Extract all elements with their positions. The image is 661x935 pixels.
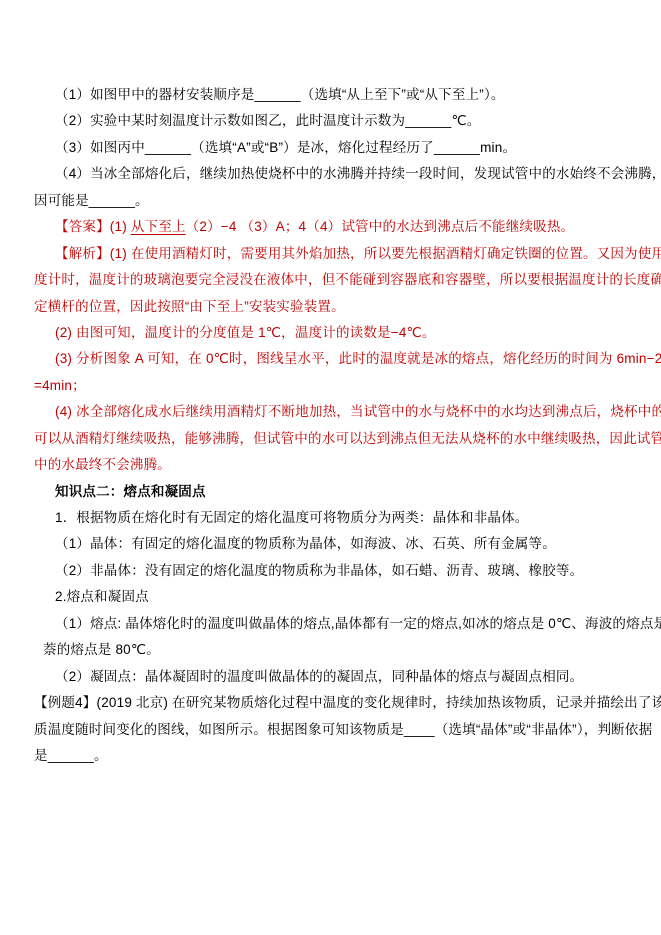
question-item-3: （3）如图丙中______（选填“A”或“B”）是冰，熔化过程经历了______…: [34, 135, 634, 161]
question-item-4-line-2: 因可能是______。: [34, 188, 634, 214]
analysis-line-4: (2) 由图可知，温度计的分度值是 1℃，温度计的读数是−4℃。: [34, 320, 634, 346]
analysis-line-5: (3) 分析图象 A 可知，在 0℃时，图线呈水平，此时的温度就是冰的熔点，熔化…: [34, 346, 634, 372]
answer-text-pre: 【答案】(1): [55, 219, 131, 234]
knowledge-item-2: 2.熔点和凝固点: [34, 584, 634, 610]
knowledge-item-1: 1．根据物质在熔化时有无固定的熔化温度可将物质分为两类：晶体和非晶体。: [34, 505, 634, 531]
answer-text-post: （2）−4 （3）A；4（4）试管中的水达到沸点后不能继续吸热。: [186, 219, 575, 234]
answer-line: 【答案】(1) 从下至上（2）−4 （3）A；4（4）试管中的水达到沸点后不能继…: [34, 214, 634, 240]
knowledge-item-2-sub-1-line-1: （1）熔点: 晶体熔化时的温度叫做晶体的熔点,晶体都有一定的熔点,如冰的熔点是 …: [34, 611, 634, 637]
worksheet-text-block: （1）如图甲中的器材安装顺序是______（选填“从上至下”或“从下至上”）。 …: [34, 82, 634, 769]
question-item-1: （1）如图甲中的器材安装顺序是______（选填“从上至下”或“从下至上”）。: [34, 82, 634, 108]
analysis-line-2: 度计时，温度计的玻璃泡要完全浸没在液体中，但不能碰到容器底和容器壁，所以要根据温…: [34, 267, 634, 293]
analysis-line-8: 可以从酒精灯继续吸热，能够沸腾，但试管中的水可以达到沸点但无法从烧杯的水中继续吸…: [34, 426, 634, 452]
knowledge-item-1-sub-2-noncrystal: （2）非晶体：没有固定的熔化温度的物质称为非晶体，如石蜡、沥青、玻璃、橡胶等。: [34, 558, 634, 584]
example4-line-1: 【例题4】(2019 北京) 在研究某物质熔化过程中温度的变化规律时，持续加热该…: [34, 690, 634, 716]
document-page: { "colors": { "page_bg": "#ffffff", "bod…: [0, 0, 661, 935]
analysis-line-1: 【解析】(1) 在使用酒精灯时，需要用其外焰加热，所以要先根据酒精灯确定铁圈的位…: [34, 241, 634, 267]
question-item-4-line-1: （4）当冰全部熔化后，继续加热使烧杯中的水沸腾并持续一段时间，发现试管中的水始终…: [34, 161, 634, 187]
analysis-line-3: 定横杆的位置，因此按照“由下至上”安装实验装置。: [34, 294, 634, 320]
example4-line-3: 是______。: [34, 743, 634, 769]
question-item-2: （2）实验中某时刻温度计示数如图乙，此时温度计示数为______℃。: [34, 108, 634, 134]
example4-line-2: 质温度随时间变化的图线，如图所示。根据图象可知该物质是____（选填“晶体”或“…: [34, 717, 634, 743]
analysis-line-7: (4) 冰全部熔化成水后继续用酒精灯不断地加热，当试管中的水与烧杯中的水均达到沸…: [34, 399, 634, 425]
analysis-line-9: 中的水最终不会沸腾。: [34, 452, 634, 478]
knowledge-item-2-sub-1-line-2: 萘的熔点是 80℃。: [34, 637, 634, 663]
analysis-line-6: =4min；: [34, 373, 634, 399]
section-heading-knowledge-point-2: 知识点二：熔点和凝固点: [34, 479, 634, 505]
answer-filled-blank: 从下至上: [131, 219, 186, 234]
knowledge-item-2-sub-2: （2）凝固点：晶体凝固时的温度叫做晶体的的凝固点，同种晶体的熔点与凝固点相同。: [34, 664, 634, 690]
knowledge-item-1-sub-1-crystal: （1）晶体：有固定的熔化温度的物质称为晶体，如海波、冰、石英、所有金属等。: [34, 531, 634, 557]
